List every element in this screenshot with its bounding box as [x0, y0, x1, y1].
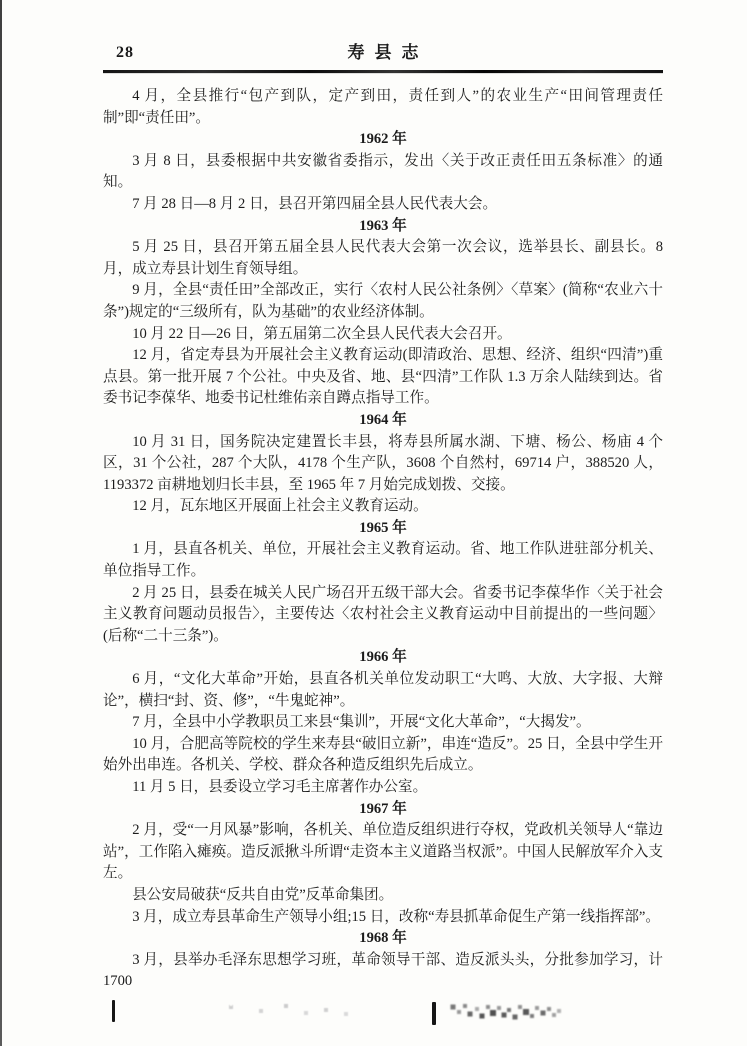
paragraph: 县公安局破获“反共自由党”反革命集团。 — [103, 885, 663, 907]
header-rule — [103, 70, 663, 73]
paragraph: 7 月，全县中小学教职员工来县“集训”，开展“文化大革命”，“大揭发”。 — [103, 712, 663, 734]
paragraph: 3 月，县举办毛泽东思想学习班，革命领导干部、造反派头头，分批参加学习，计 17… — [103, 950, 663, 993]
paragraph: 3 月，成立寿县革命生产领导小组;15 日，改称“寿县抓革命促生产第一线指挥部”… — [103, 907, 663, 929]
year-heading: 1968 年 — [103, 928, 663, 950]
scan-artifact-smudge — [450, 1002, 452, 1004]
paragraph: 10 月 22 日—26 日，第五届第二次全县人民代表大会召开。 — [103, 324, 663, 346]
paragraph: 6 月，“文化大革命”开始，县直各机关单位发动职工“大鸣、大放、大字报、大辩论”… — [103, 669, 663, 712]
scanned-page: 28 寿县志 4 月，全县推行“包产到队，定产到田，责任到人”的农业生产“田间管… — [0, 0, 747, 1046]
year-heading: 1965 年 — [103, 518, 663, 540]
scan-artifact-specks — [230, 1004, 232, 1006]
scan-edge-line — [0, 0, 2, 1046]
scan-artifact-tick — [112, 1000, 115, 1022]
paragraph: 7 月 28 日—8 月 2 日，县召开第四届全县人民代表大会。 — [103, 194, 663, 216]
year-heading: 1966 年 — [103, 647, 663, 669]
page-number: 28 — [116, 44, 134, 62]
book-title-text: 寿县志 — [348, 43, 429, 62]
year-heading: 1963 年 — [103, 216, 663, 238]
paragraph: 9 月，全县“责任田”全部改正，实行〈农村人民公社条例〉〈草案〉(简称“农业六十… — [103, 280, 663, 323]
year-heading: 1967 年 — [103, 799, 663, 821]
paragraph: 12 月，瓦东地区开展面上社会主义教育运动。 — [103, 496, 663, 518]
paragraph: 2 月，受“一月风暴”影响，各机关、单位造反组织进行夺权，党政机关领导人“靠边站… — [103, 820, 663, 885]
page-body: 4 月，全县推行“包产到队，定产到田，责任到人”的农业生产“田间管理责任制”即“… — [103, 86, 663, 993]
paragraph: 12 月，省定寿县为开展社会主义教育运动(即清政治、思想、经济、组织“四清”)重… — [103, 345, 663, 410]
page-header: 28 寿县志 — [103, 0, 663, 73]
year-heading: 1964 年 — [103, 410, 663, 432]
paragraph: 4 月，全县推行“包产到队，定产到田，责任到人”的农业生产“田间管理责任制”即“… — [103, 86, 663, 129]
paragraph: 11 月 5 日，县委设立学习毛主席著作办公室。 — [103, 777, 663, 799]
paragraph: 3 月 8 日，县委根据中共安徽省委指示，发出〈关于改正责任田五条标准〉的通知。 — [103, 151, 663, 194]
book-title: 寿县志 — [103, 42, 663, 64]
paragraph: 2 月 25 日，县委在城关人民广场召开五级干部大会。省委书记李葆华作〈关于社会… — [103, 583, 663, 648]
paragraph: 10 月，合肥高等院校的学生来寿县“破旧立新”，串连“造反”。25 日，全县中学… — [103, 734, 663, 777]
year-heading: 1962 年 — [103, 129, 663, 151]
paragraph: 10 月 31 日，国务院决定建置长丰县，将寿县所属水湖、下塘、杨公、杨庙 4 … — [103, 432, 663, 497]
paragraph: 5 月 25 日，县召开第五届全县人民代表大会第一次会议，选举县长、副县长。8 … — [103, 237, 663, 280]
scan-artifact-tick — [432, 1002, 436, 1025]
paragraph: 1 月，县直各机关、单位，开展社会主义教育运动。省、地工作队进驻部分机关、单位指… — [103, 539, 663, 582]
